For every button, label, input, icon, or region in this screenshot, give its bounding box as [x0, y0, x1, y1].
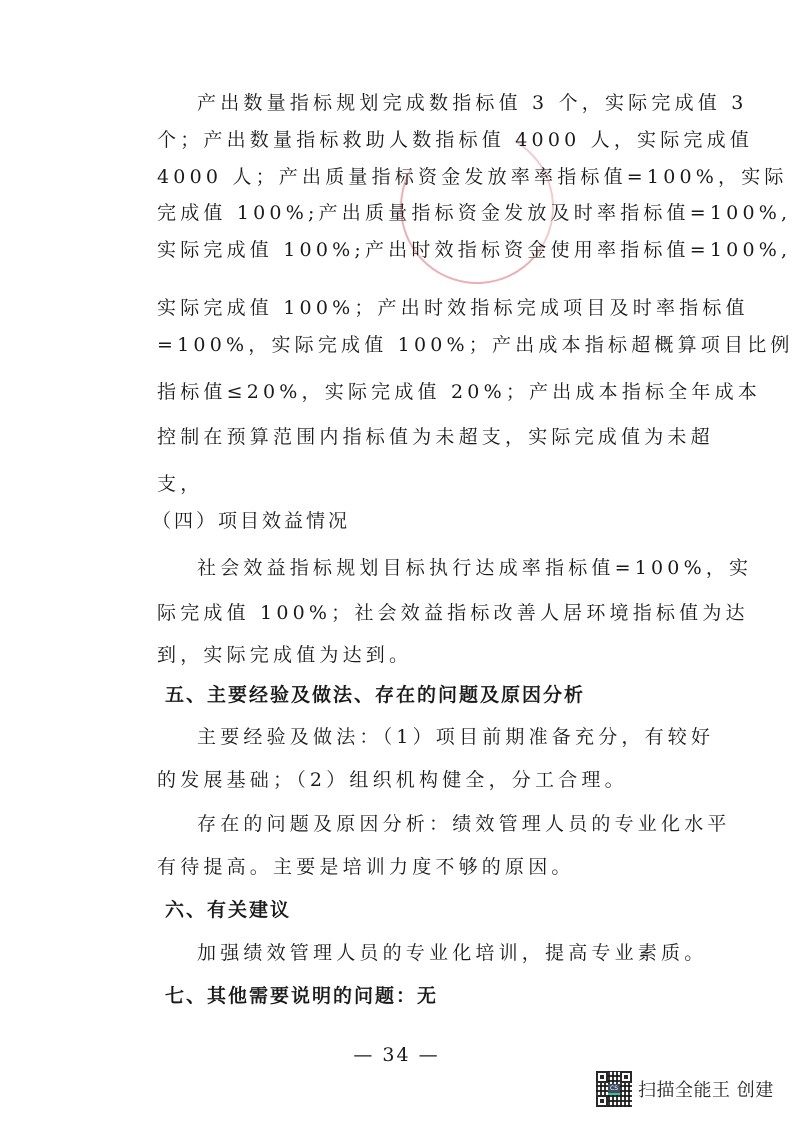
subheading-project-benefits: （四）项目效益情况 — [152, 509, 350, 533]
watermark-text: 扫描全能王 创建 — [638, 1076, 774, 1102]
heading-experience-problems: 五、主要经验及做法、存在的问题及原因分析 — [165, 683, 585, 707]
paragraph-line: =100%，实际完成值 100%；产出成本指标超概算项目比例 — [157, 333, 793, 357]
paragraph-line: 加强绩效管理人员的专业化培训，提高专业素质。 — [197, 941, 707, 965]
paragraph-line: 实际完成值 100%；产出时效指标完成项目及时率指标值 — [157, 296, 749, 320]
scanner-watermark: CS 扫描全能王 创建 — [596, 1071, 774, 1107]
paragraph-line: 际完成值 100%；社会效益指标改善人居环境指标值为达 — [157, 601, 749, 625]
paragraph-line: 有待提高。主要是培训力度不够的原因。 — [157, 855, 575, 879]
paragraph-line: 控制在预算范围内指标值为未超支，实际完成值为未超 — [157, 425, 714, 449]
heading-suggestions: 六、有关建议 — [165, 898, 291, 922]
paragraph-line: 个；产出数量指标救助人数指标值 4000 人，实际完成值 — [157, 128, 753, 152]
paragraph-line: 产出数量指标规划完成数指标值 3 个，实际完成值 3 — [197, 91, 748, 115]
document-page: 产出数量指标规划完成数指标值 3 个，实际完成值 3 个；产出数量指标救助人数指… — [0, 0, 793, 1122]
paragraph-line: 指标值≤20%，实际完成值 20%；产出成本指标全年成本 — [157, 380, 761, 404]
paragraph-line: 支， — [157, 472, 203, 496]
qr-code-icon: CS — [596, 1071, 632, 1107]
paragraph-line: 的发展基础；（2）组织机构健全，分工合理。 — [157, 768, 628, 792]
heading-other-issues: 七、其他需要说明的问题：无 — [165, 984, 438, 1008]
paragraph-line: 社会效益指标规划目标执行达成率指标值=100%，实 — [197, 556, 752, 580]
page-number: — 34 — — [0, 1043, 793, 1067]
paragraph-line: 到，实际完成值为达到。 — [157, 643, 412, 667]
paragraph-line: 主要经验及做法：（1）项目前期准备充分，有较好 — [197, 725, 714, 749]
paragraph-line: 4000 人；产出质量指标资金发放率率指标值=100%，实际 — [157, 165, 788, 189]
app-logo-icon: CS — [608, 1084, 620, 1095]
paragraph-line: 完成值 100%;产出质量指标资金发放及时率指标值=100%, — [157, 201, 791, 225]
paragraph-line: 存在的问题及原因分析：绩效管理人员的专业化水平 — [197, 812, 731, 836]
paragraph-line: 实际完成值 100%;产出时效指标资金使用率指标值=100%, — [157, 238, 791, 262]
